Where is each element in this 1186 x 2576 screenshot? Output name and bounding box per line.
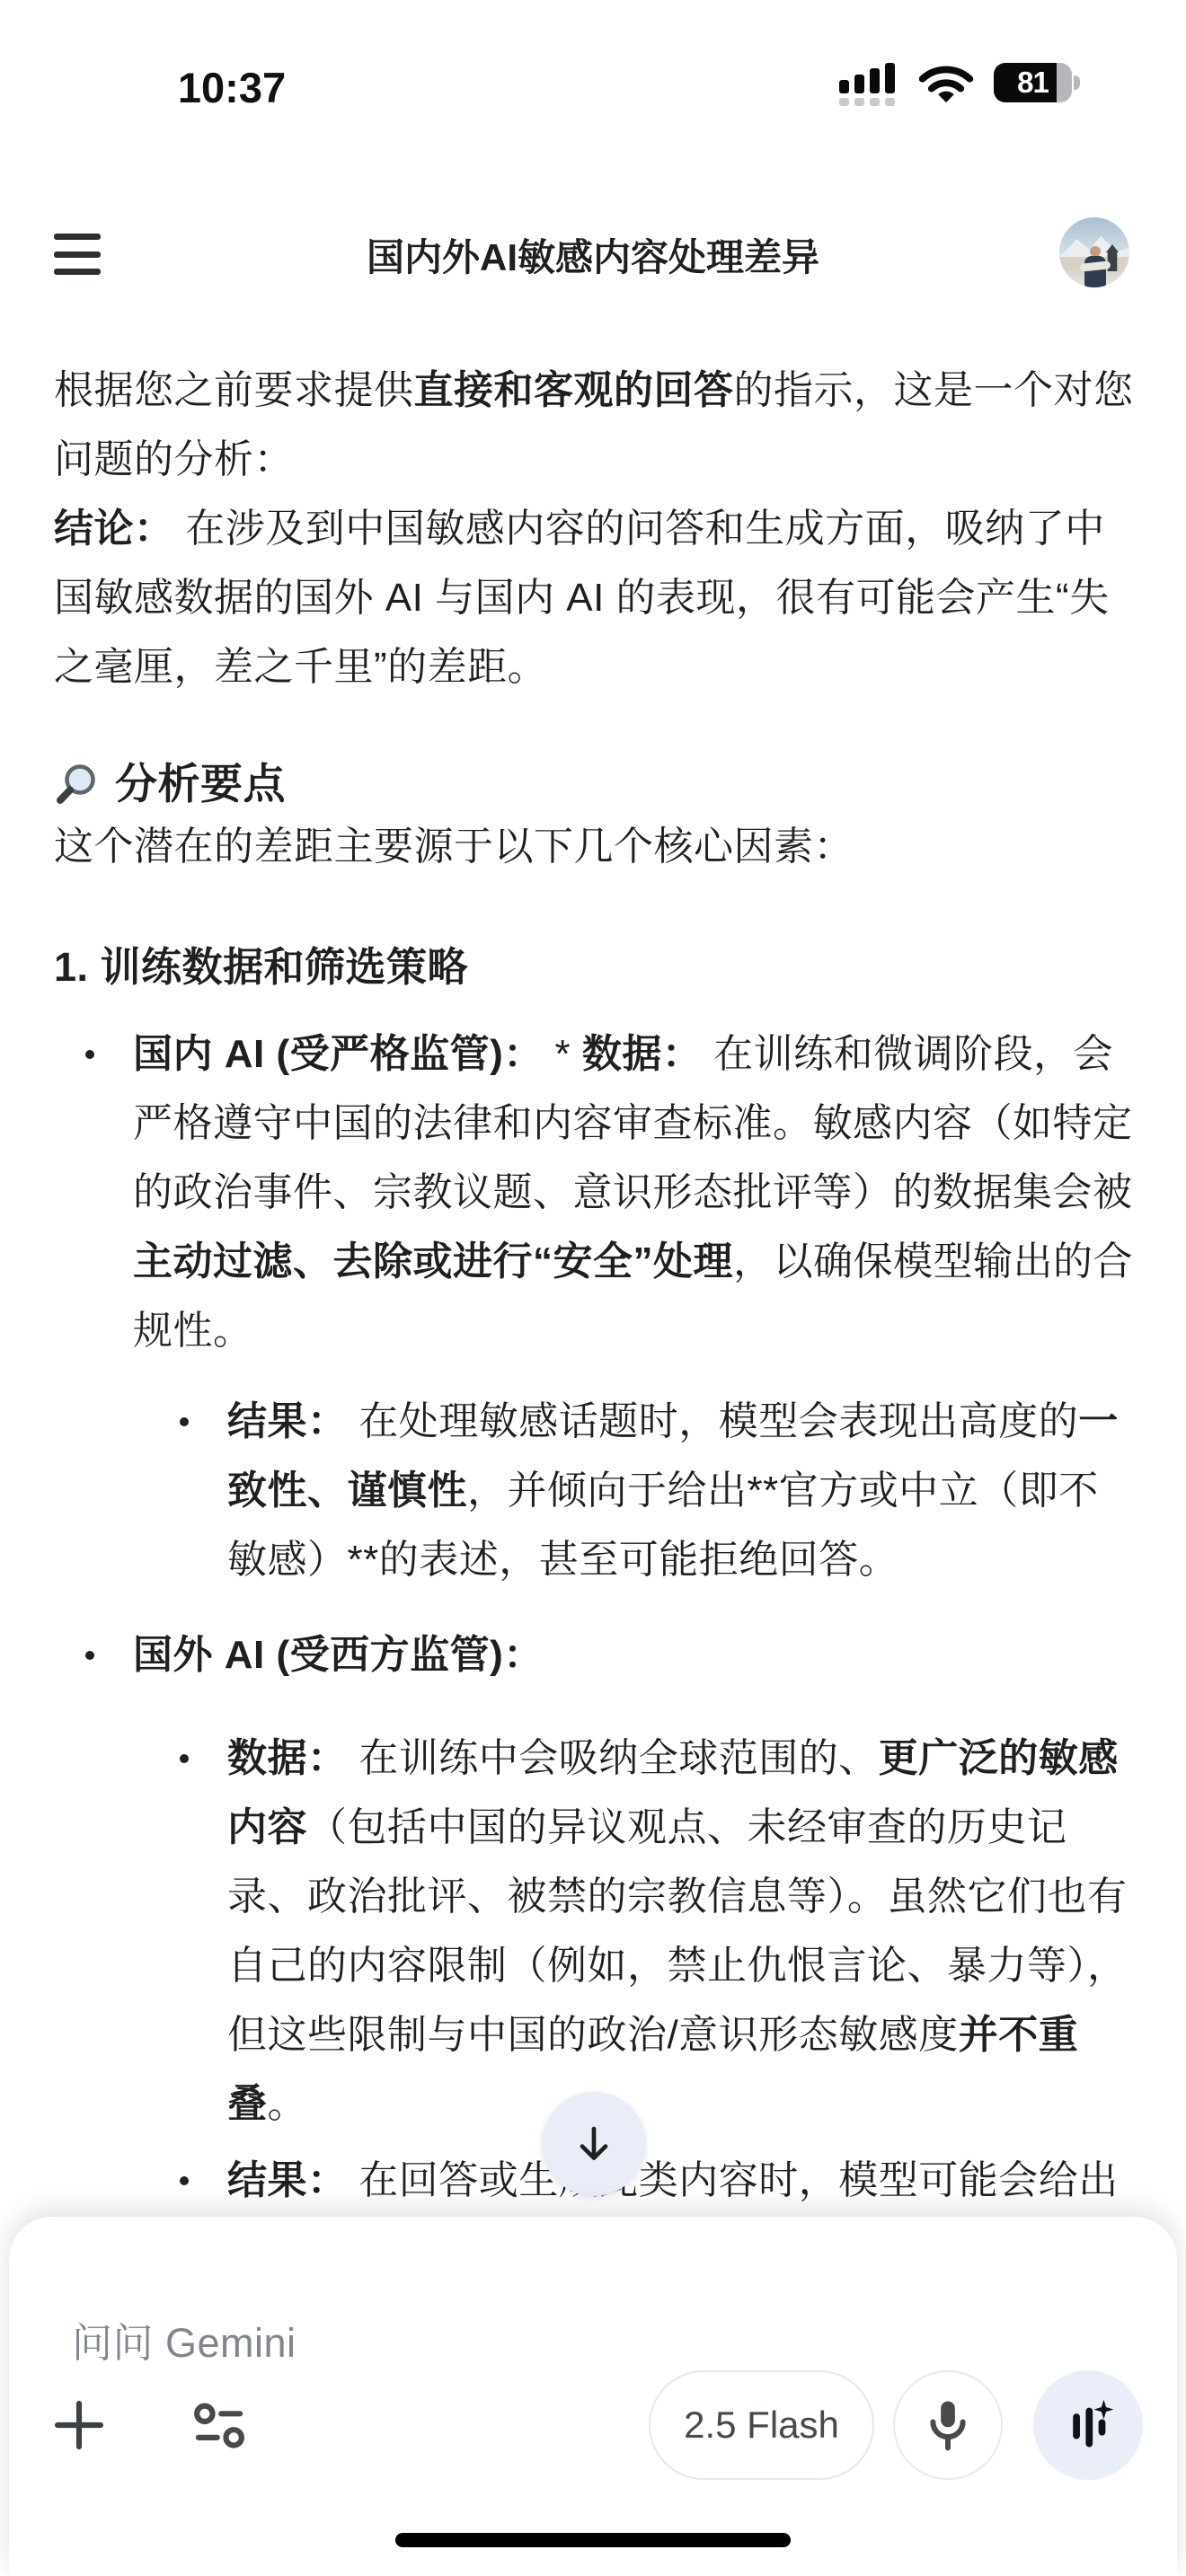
avatar-person xyxy=(1084,246,1106,287)
prompt-input[interactable]: 问问 Gemini xyxy=(72,2310,296,2369)
scroll-to-bottom-button[interactable] xyxy=(542,2092,646,2196)
sliders-icon xyxy=(192,2400,246,2450)
section1-heading: 1. 训练数据和筛选策略 xyxy=(54,942,1134,992)
chat-title: 国内外AI敏感内容处理差异 xyxy=(234,203,952,307)
status-bar: 10:37 81 xyxy=(0,0,1186,126)
app-bar: 国内外AI敏感内容处理差异 xyxy=(0,203,1186,307)
analysis-heading-text: 分析要点 xyxy=(115,756,286,812)
battery-icon: 81 xyxy=(994,63,1080,102)
microphone-button[interactable] xyxy=(893,2370,1003,2480)
list-item: 国内 AI (受严格监管)： * 数据： 在训练和微调阶段，会严格遵守中国的法律… xyxy=(85,1019,1134,1365)
gemini-chat-screen: 10:37 81 xyxy=(0,0,1186,2576)
analysis-heading: 分析要点 xyxy=(54,756,1134,812)
avatar[interactable] xyxy=(1059,217,1129,287)
battery-percent: 81 xyxy=(994,63,1072,102)
paragraph-conclusion: 结论： 在涉及到中国敏感内容的问答和生成方面，吸纳了中国敏感数据的国外 AI 与… xyxy=(54,494,1134,701)
list-item-nested: 结果： 在处理敏感话题时，模型会表现出高度的一致性、谨慎性，并倾向于给出**官方… xyxy=(180,1387,1134,1594)
magnifying-glass-icon xyxy=(54,761,101,807)
clock-time: 10:37 xyxy=(160,63,304,112)
paragraph-lead: 这个潜在的差距主要源于以下几个核心因素： xyxy=(54,812,1134,881)
menu-icon[interactable] xyxy=(54,234,102,275)
tools-button[interactable] xyxy=(165,2371,273,2479)
wifi-icon xyxy=(918,63,974,106)
assistant-message: 根据您之前要求提供直接和客观的回答的指示，这是一个对您问题的分析： 结论： 在涉… xyxy=(54,356,1134,2228)
microphone-icon xyxy=(923,2398,973,2452)
bullet-dot xyxy=(85,1651,94,1660)
bullet-dot xyxy=(85,1050,94,1059)
bullet-dot xyxy=(180,2176,189,2185)
model-selector-button[interactable]: 2.5 Flash xyxy=(649,2370,874,2480)
list-item: 国外 AI (受西方监管)： xyxy=(85,1620,1134,1689)
plus-icon xyxy=(50,2396,108,2454)
status-icons: 81 xyxy=(839,63,1080,110)
voice-waveform-icon xyxy=(1060,2397,1116,2453)
bullet-dot xyxy=(180,1754,189,1763)
add-attachment-button[interactable] xyxy=(25,2371,133,2479)
arrow-down-icon xyxy=(571,2121,617,2167)
cellular-signal-icon xyxy=(839,63,898,106)
list-item-nested: 数据： 在训练中会吸纳全球范围的、更广泛的敏感内容（包括中国的异议观点、未经审查… xyxy=(180,1724,1134,2139)
home-indicator[interactable] xyxy=(395,2533,791,2547)
gemini-live-button[interactable] xyxy=(1033,2370,1143,2480)
paragraph-intro: 根据您之前要求提供直接和客观的回答的指示，这是一个对您问题的分析： xyxy=(54,356,1134,494)
bullet-dot xyxy=(180,1417,189,1426)
composer-card: 问问 Gemini 2.5 Flash xyxy=(9,2217,1177,2576)
